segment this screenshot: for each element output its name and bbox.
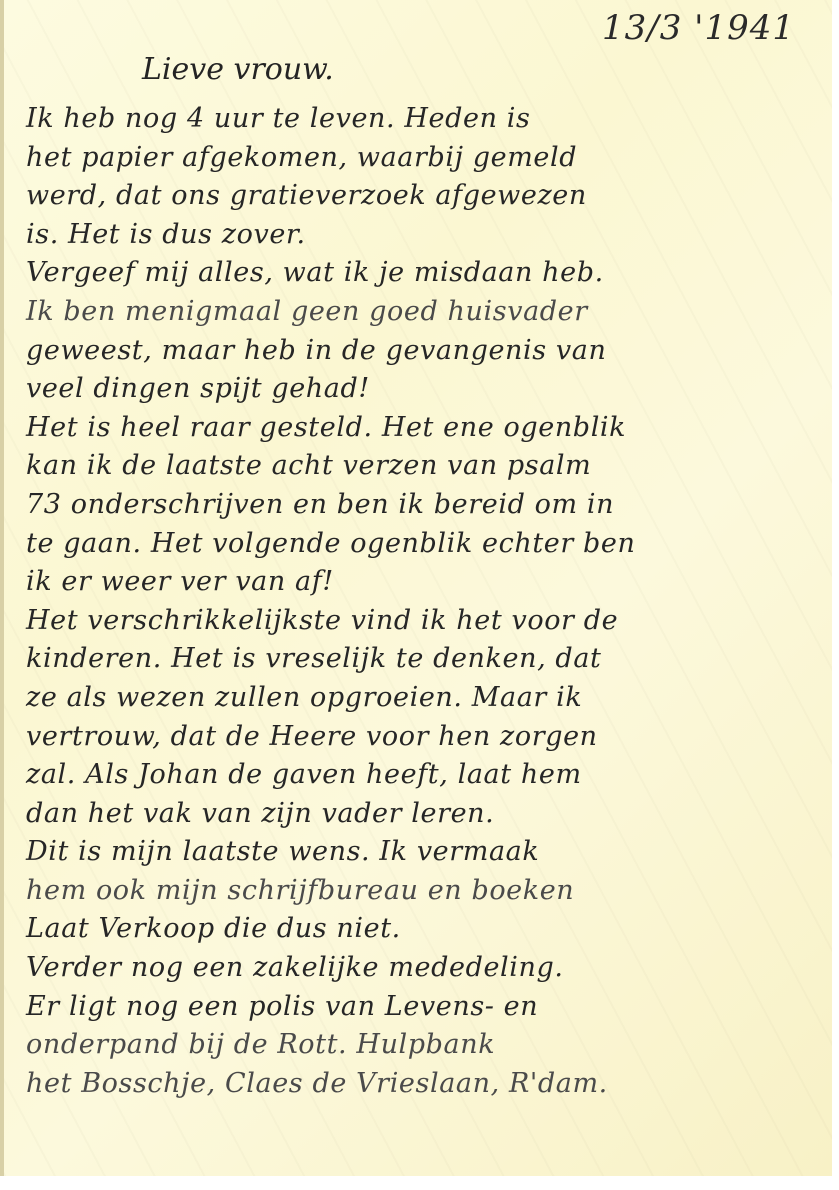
letter-line: kinderen. Het is vreselijk te denken, da… <box>26 640 816 679</box>
letter-line: het papier afgekomen, waarbij gemeld <box>26 139 816 178</box>
letter-line: is. Het is dus zover. <box>26 216 816 255</box>
letter-line: Het verschrikkelijkste vind ik het voor … <box>26 602 816 641</box>
letter-line: ze als wezen zullen opgroeien. Maar ik <box>26 679 816 718</box>
letter-line: te gaan. Het volgende ogenblik echter be… <box>26 525 816 564</box>
letter-line: Laat Verkoop die dus niet. <box>26 910 816 949</box>
letter-line: veel dingen spijt gehad! <box>26 370 816 409</box>
letter-paper: 13/3 '1941 Lieve vrouw. Ik heb nog 4 uur… <box>0 0 832 1176</box>
letter-line: geweest, maar heb in de gevangenis van <box>26 332 816 371</box>
letter-line: ik er weer ver van af! <box>26 563 816 602</box>
letter-line: dan het vak van zijn vader leren. <box>26 795 816 834</box>
letter-body: Ik heb nog 4 uur te leven. Heden is het … <box>26 100 816 1103</box>
letter-line: zal. Als Johan de gaven heeft, laat hem <box>26 756 816 795</box>
letter-line: Dit is mijn laatste wens. Ik vermaak <box>26 833 816 872</box>
letter-line: onderpand bij de Rott. Hulpbank <box>26 1026 816 1065</box>
letter-line: Ik heb nog 4 uur te leven. Heden is <box>26 100 816 139</box>
letter-date: 13/3 '1941 <box>602 8 795 48</box>
letter-line: 73 onderschrijven en ben ik bereid om in <box>26 486 816 525</box>
letter-line: het Bosschje, Claes de Vrieslaan, R'dam. <box>26 1065 816 1104</box>
letter-line: werd, dat ons gratieverzoek afgewezen <box>26 177 816 216</box>
letter-line: kan ik de laatste acht verzen van psalm <box>26 447 816 486</box>
letter-line: hem ook mijn schrijfbureau en boeken <box>26 872 816 911</box>
letter-line: Het is heel raar gesteld. Het ene ogenbl… <box>26 409 816 448</box>
letter-line: Vergeef mij alles, wat ik je misdaan heb… <box>26 254 816 293</box>
letter-salutation: Lieve vrouw. <box>142 52 334 87</box>
letter-line: Er ligt nog een polis van Levens- en <box>26 988 816 1027</box>
letter-line: vertrouw, dat de Heere voor hen zorgen <box>26 718 816 757</box>
letter-line: Verder nog een zakelijke mededeling. <box>26 949 816 988</box>
letter-line: Ik ben menigmaal geen goed huisvader <box>26 293 816 332</box>
